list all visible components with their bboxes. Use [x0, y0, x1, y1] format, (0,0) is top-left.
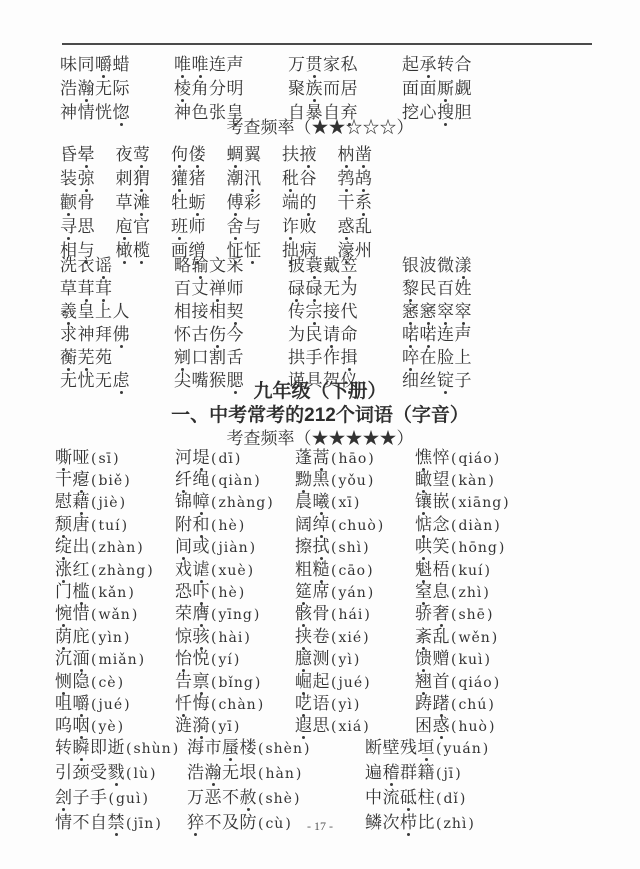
word-entry: 起承转合 — [402, 50, 516, 75]
emphasized-char: 躇 — [433, 689, 451, 714]
emphasized-char: 枘 — [338, 140, 356, 165]
word-row: 惋惜wǎn荣膺yīng骸骨hái骄奢shē — [55, 601, 535, 623]
page-number: - 17 - — [0, 818, 640, 834]
char: 牡 — [171, 188, 189, 213]
char: 求 — [60, 320, 78, 345]
emphasized-char: 间 — [175, 532, 193, 557]
char: 波 — [420, 251, 438, 276]
emphasized-char: 弶 — [78, 164, 96, 189]
emphasized-char: 茸 — [78, 274, 96, 299]
char: 洗 — [60, 251, 78, 276]
char: 扶 — [282, 140, 300, 165]
emphasized-char: 湎 — [73, 644, 91, 669]
emphasized-char: 戮 — [108, 758, 126, 783]
word-entry: 羲皇上人 — [60, 297, 174, 322]
word-entry: 装弶 — [60, 164, 116, 189]
char: 望 — [433, 465, 451, 490]
emphasized-char: 蛎 — [189, 188, 207, 213]
emphasized-char: 寻 — [60, 212, 78, 237]
word-entry: 遍稽群籍jī — [365, 758, 462, 783]
char: 或 — [193, 532, 211, 557]
emphasized-char: 窸 — [420, 297, 438, 322]
emphasized-char: 颧 — [60, 188, 78, 213]
char: 皇 — [78, 297, 96, 322]
word-entry: 味同嚼蜡 — [60, 50, 174, 75]
word-entry: 颧骨 — [60, 188, 116, 213]
word-entry: 夜莺 — [116, 140, 172, 165]
word-row: 蘅芜苑剜口割舌拱手作揖啐在脸上 — [60, 344, 516, 367]
char: 民 — [306, 320, 324, 345]
emphasized-char: 的 — [300, 188, 318, 213]
char: 觑 — [455, 74, 473, 99]
char: 垠 — [240, 758, 258, 783]
char: 红 — [73, 555, 91, 580]
emphasized-char: 吓 — [193, 577, 211, 602]
emphasized-char: 茸 — [95, 274, 113, 299]
emphasized-char: 窒 — [415, 577, 433, 602]
word-entry: 求神拜佛 — [60, 320, 174, 345]
word-entry: 蓬蒿hāo — [295, 443, 415, 468]
word-entry: 诈败 — [282, 212, 338, 237]
emphasized-char: 砥 — [400, 783, 418, 808]
word-entry: 戏谑xuè — [175, 555, 295, 580]
char: 丈 — [192, 274, 210, 299]
emphasized-char: 剜 — [174, 343, 192, 368]
emphasized-char: 喏 — [420, 320, 438, 345]
word-row: 绽出zhàn间或jiàn擦拭shì哄笑hōng — [55, 534, 535, 556]
char: 端 — [282, 188, 300, 213]
char: 而 — [323, 74, 341, 99]
word-entry: 窸窸窣窣 — [402, 297, 516, 322]
char: 笑 — [433, 532, 451, 557]
char: 粗 — [295, 555, 313, 580]
idiom-list-previous-group: 味同嚼蜡唯唯连声万贯家私起承转合浩瀚无际棱角分明聚族而居面面厮觑神情恍惚神色张皇… — [60, 50, 516, 122]
word-entry: 啐在脸上 — [402, 343, 516, 368]
emphasized-char: 嘶 — [55, 443, 73, 468]
word-row: 干瘪biě纤绳qiàn黝黑yǒu瞰望kàn — [55, 466, 535, 488]
section-title: 一、中考常考的212个词语（字音） — [0, 404, 640, 428]
char: 子 — [73, 783, 91, 808]
word-entry: 面面厮觑 — [402, 74, 516, 99]
char: 百 — [437, 274, 455, 299]
word-row: 门槛kǎn恐吓hè筵席yán窒息zhì — [55, 578, 535, 600]
emphasized-char: 哄 — [415, 532, 433, 557]
emphasized-char: 藉 — [73, 487, 91, 512]
emphasized-char: 族 — [306, 74, 324, 99]
word-row: 浩瀚无际棱角分明聚族而居面面厮觑 — [60, 74, 516, 98]
char: 彩 — [244, 188, 262, 213]
char: 咀 — [55, 689, 73, 714]
char: 家 — [323, 50, 341, 75]
word-entry: 蘅芜苑 — [60, 343, 174, 368]
emphasized-char: 偻 — [189, 140, 207, 165]
word-entry: 为民请命 — [288, 320, 402, 345]
word-entry: 恻隐cè — [55, 667, 175, 692]
char: 出 — [73, 532, 91, 557]
word-row: 涨红zhàng戏谑xuè粗糙cāo魁梧kuí — [55, 556, 535, 578]
char: 颈 — [73, 758, 91, 783]
word-entry: 怡悦yí — [175, 644, 295, 669]
char: 同 — [78, 50, 96, 75]
emphasized-char: 贯 — [306, 50, 324, 75]
emphasized-char: 怡 — [175, 644, 193, 669]
char: 草 — [116, 188, 134, 213]
pinyin-annotation: hàn — [258, 766, 302, 782]
emphasized-char: 诈 — [282, 212, 300, 237]
word-row: 荫庇yìn惊骇hài挟卷xié紊乱wěn — [55, 623, 535, 645]
word-entry: 草茸茸 — [60, 274, 174, 299]
word-entry: 颓唐tuí — [55, 510, 175, 535]
word-entry: 万恶不赦shè — [187, 783, 365, 808]
word-entry: 恐吓hè — [175, 577, 295, 602]
char: 聚 — [288, 74, 306, 99]
word-entry: 万贯家私 — [288, 50, 402, 75]
char: 悴 — [433, 443, 451, 468]
word-entry: 鹁鸪 — [338, 164, 394, 189]
char: 官 — [133, 212, 151, 237]
char: 河 — [175, 443, 193, 468]
emphasized-char: 幛 — [193, 487, 211, 512]
word-entry: 佝偻 — [171, 140, 227, 165]
pinyin-annotation: guì — [109, 791, 149, 807]
emphasized-char: 鹁 — [338, 164, 356, 189]
char: 传 — [288, 297, 306, 322]
char: 惜 — [73, 599, 91, 624]
char: 柱 — [418, 783, 436, 808]
pinyin-annotation: yuán — [436, 741, 489, 757]
char: 断 — [365, 733, 383, 758]
word-entry: 披蓑戴笠 — [288, 251, 402, 276]
emphasized-char: 恻 — [55, 667, 73, 692]
frequency-line-two-stars: 考查频率（★★☆☆☆） — [0, 116, 640, 140]
char: 黑 — [313, 465, 331, 490]
word-row: 味同嚼蜡唯唯连声万贯家私起承转合 — [60, 50, 516, 74]
word-entry: 惑乱 — [338, 212, 394, 237]
word-entry: 纤绳qiàn — [175, 465, 295, 490]
char: 首 — [433, 667, 451, 692]
emphasized-char: 系 — [355, 188, 373, 213]
emphasized-char: 莺 — [133, 140, 151, 165]
emphasized-char: 宗 — [306, 297, 324, 322]
emphasized-char: 碌 — [306, 274, 324, 299]
char: 思 — [78, 212, 96, 237]
char: 合 — [455, 50, 473, 75]
char: 代 — [341, 297, 359, 322]
emphasized-char: 瀚 — [78, 74, 96, 99]
char: 转 — [437, 50, 455, 75]
char: 无 — [222, 758, 240, 783]
emphasized-char: 蜩 — [227, 140, 245, 165]
char: 乱 — [355, 212, 373, 237]
word-entry: 挟卷xié — [295, 622, 415, 647]
char: 起 — [313, 667, 331, 692]
emphasized-char: 刽 — [55, 783, 73, 808]
emphasized-char: 碌 — [288, 274, 306, 299]
char: 古 — [192, 320, 210, 345]
word-entry: 枘凿 — [338, 140, 394, 165]
char: 乱 — [433, 622, 451, 647]
emphasized-char: 舍 — [227, 212, 245, 237]
char: 赠 — [433, 644, 451, 669]
word-entry: 喏喏连声 — [402, 320, 516, 345]
char: 脸 — [437, 343, 455, 368]
word-entry: 黝黑yǒu — [295, 465, 415, 490]
word-entry: 憔悴qiáo — [415, 443, 535, 468]
char: 受 — [90, 758, 108, 783]
emphasized-char: 赦 — [240, 783, 258, 808]
char: 声 — [227, 50, 245, 75]
char: 采 — [227, 251, 245, 276]
char: 骨 — [78, 188, 96, 213]
emphasized-char: 惦 — [415, 510, 433, 535]
word-entry: 刺猬 — [116, 164, 172, 189]
char: 蜡 — [113, 50, 131, 75]
char: 百 — [174, 274, 192, 299]
char: 声 — [455, 320, 473, 345]
word-entry: 傅彩 — [227, 188, 283, 213]
char: 与 — [244, 212, 262, 237]
emphasized-char: 稽 — [383, 758, 401, 783]
char: 际 — [113, 74, 131, 99]
emphasized-char: 窸 — [402, 297, 420, 322]
word-entry: 相接相契 — [174, 297, 288, 322]
char: 手 — [90, 783, 108, 808]
char: 骄 — [415, 599, 433, 624]
word-entry: 惊骇hài — [175, 622, 295, 647]
emphasized-char: 涨 — [55, 555, 73, 580]
emphasized-char: 瀚 — [205, 758, 223, 783]
char: 逝 — [108, 733, 126, 758]
word-entry: 咀嚼jué — [55, 689, 175, 714]
char: 楼 — [240, 733, 258, 758]
char: 人 — [113, 297, 131, 322]
char: 草 — [60, 274, 78, 299]
pinyin-annotation: shùn — [126, 741, 179, 757]
word-row: 慰藉jiè锦幛zhàng晨曦xī镶嵌xiāng — [55, 489, 535, 511]
word-entry: 草滩 — [116, 188, 172, 213]
emphasized-char: 喏 — [402, 320, 420, 345]
word-entry: 嘶哑sī — [55, 443, 175, 468]
char: 踌 — [415, 689, 433, 714]
word-entry: 涨红zhàng — [55, 555, 175, 580]
char: 无 — [323, 274, 341, 299]
char: 测 — [313, 644, 331, 669]
char: 擦 — [295, 532, 313, 557]
word-row: 求神拜佛怀古伤今为民请命喏喏连声 — [60, 321, 516, 344]
word-entry: 阔绰chuò — [295, 510, 415, 535]
char: 息 — [433, 577, 451, 602]
char: 梧 — [433, 555, 451, 580]
word-entry: 转瞬即逝shùn — [55, 733, 187, 758]
char: 阔 — [295, 510, 313, 535]
word-row: 颓唐tuí附和hè阔绰chuò惦念diàn — [55, 511, 535, 533]
char: 舌 — [227, 343, 245, 368]
emphasized-char: 佛 — [113, 320, 131, 345]
char: 姓 — [455, 274, 473, 299]
word-entry: 浩瀚无际 — [60, 74, 174, 99]
char: 上 — [95, 297, 113, 322]
word-entry: 惦念diàn — [415, 510, 535, 535]
char: 戴 — [323, 251, 341, 276]
char: 在 — [420, 343, 438, 368]
char: 刺 — [116, 164, 134, 189]
word-entry: 荫庇yìn — [55, 622, 175, 647]
char: 壁 — [383, 733, 401, 758]
char: 恶 — [205, 783, 223, 808]
word-entry: 锦幛zhàng — [175, 487, 295, 512]
word-entry: 惋惜wǎn — [55, 599, 175, 624]
char: 拜 — [95, 320, 113, 345]
word-entry: 蜩翼 — [227, 140, 283, 165]
emphasized-char: 嚼 — [73, 689, 91, 714]
emphasized-char: 棱 — [174, 74, 192, 99]
char: 拱 — [288, 343, 306, 368]
char: 披 — [288, 251, 306, 276]
word-row: 装弶刺猬獾猪潮汛秕谷鹁鸪 — [60, 164, 393, 188]
char: 师 — [189, 212, 207, 237]
char: 猪 — [189, 164, 207, 189]
word-entry: 班师 — [171, 212, 227, 237]
char: 流 — [383, 783, 401, 808]
emphasized-char: 契 — [227, 297, 245, 322]
emphasized-char: 伤 — [209, 320, 227, 345]
char: 翼 — [244, 140, 262, 165]
word-row: 咀嚼jué忏悔chàn呓语yì踌躇chú — [55, 690, 535, 712]
word-entry: 沉湎miǎn — [55, 644, 175, 669]
char: 群 — [400, 758, 418, 783]
emphasized-char: 蓑 — [306, 251, 324, 276]
word-entry: 窒息zhì — [415, 577, 535, 602]
char: 谷 — [300, 164, 318, 189]
word-entry: 庖官 — [116, 212, 172, 237]
char: 面 — [420, 74, 438, 99]
emphasized-char: 佝 — [171, 140, 189, 165]
emphasized-char: 崛 — [295, 667, 313, 692]
emphasized-char: 秕 — [282, 164, 300, 189]
emphasized-char: 嚼 — [95, 50, 113, 75]
emphasized-char: 绰 — [313, 510, 331, 535]
emphasized-char: 黝 — [295, 465, 313, 490]
emphasized-char: 黎 — [402, 274, 420, 299]
emphasized-char: 魁 — [415, 555, 433, 580]
char: 民 — [420, 274, 438, 299]
emphasized-char: 堤 — [193, 443, 211, 468]
char: 微 — [437, 251, 455, 276]
char: 装 — [60, 164, 78, 189]
char: 为 — [341, 274, 359, 299]
emphasized-char: 瞬 — [73, 733, 91, 758]
emphasized-char: 臆 — [295, 644, 313, 669]
emphasized-char: 笠 — [341, 251, 359, 276]
word-row: 刽子手guì万恶不赦shè中流砥柱dǐ — [55, 783, 489, 808]
char: 引 — [55, 758, 73, 783]
word-entry: 河堤dī — [175, 443, 295, 468]
emphasized-char: 獾 — [171, 164, 189, 189]
emphasized-char: 绽 — [55, 532, 73, 557]
char: 戏 — [175, 555, 193, 580]
word-entry: 绽出zhàn — [55, 532, 175, 557]
char: 苑 — [95, 343, 113, 368]
char: 隐 — [73, 667, 91, 692]
word-entry: 干瘪biě — [55, 465, 175, 490]
char: 市 — [205, 733, 223, 758]
char: 悔 — [193, 689, 211, 714]
word-entry: 干系 — [338, 188, 394, 213]
emphasized-char: 奢 — [433, 599, 451, 624]
word-entry: 聚族而居 — [288, 74, 402, 99]
emphasized-char: 荫 — [55, 622, 73, 647]
word-row: 转瞬即逝shùn海市蜃楼shèn断壁残垣yuán — [55, 733, 489, 758]
word-entry: 忏悔chàn — [175, 689, 295, 714]
word-entry: 棱角分明 — [174, 74, 288, 99]
pinyin-annotation: shè — [258, 791, 300, 807]
char: 连 — [209, 50, 227, 75]
char: 浩 — [60, 74, 78, 99]
char: 师 — [227, 274, 245, 299]
char: 转 — [55, 733, 73, 758]
word-entry: 臆测yì — [295, 644, 415, 669]
char: 夜 — [116, 140, 134, 165]
word-entry: 黎民百姓 — [402, 274, 516, 299]
char: 银 — [402, 251, 420, 276]
char: 海 — [187, 733, 205, 758]
word-entry: 中流砥柱dǐ — [365, 783, 466, 808]
word-entry: 银波微漾 — [402, 251, 516, 276]
phrase-word-list: 洗衣谣略输文采披蓑戴笠银波微漾草茸茸百丈禅师碌碌无为黎民百姓羲皇上人相接相契传宗… — [60, 252, 516, 390]
char: 唐 — [73, 510, 91, 535]
char: 干 — [55, 465, 73, 490]
word-entry: 怀古伤今 — [174, 320, 288, 345]
word-entry: 踌躇chú — [415, 689, 535, 714]
emphasized-char: 呓 — [295, 689, 313, 714]
char: 接 — [323, 297, 341, 322]
emphasized-char: 揖 — [341, 343, 359, 368]
emphasized-char: 啐 — [402, 343, 420, 368]
word-entry: 崛起jué — [295, 667, 415, 692]
emphasized-char: 请 — [323, 320, 341, 345]
word-entry: 引颈受戮lù — [55, 758, 187, 783]
char: 荣 — [175, 599, 193, 624]
char: 念 — [433, 510, 451, 535]
word-entry: 洗衣谣 — [60, 251, 174, 276]
emphasized-char: 骇 — [193, 622, 211, 647]
char: 角 — [192, 74, 210, 99]
char: 附 — [175, 510, 193, 535]
emphasized-char: 筵 — [295, 577, 313, 602]
word-entry: 断壁残垣yuán — [365, 733, 489, 758]
char: 败 — [300, 212, 318, 237]
char: 味 — [60, 50, 78, 75]
word-entry: 拱手作揖 — [288, 343, 402, 368]
char: 晨 — [295, 487, 313, 512]
emphasized-char: 谑 — [193, 555, 211, 580]
emphasized-char: 瘪 — [73, 465, 91, 490]
char: 相 — [209, 297, 227, 322]
word-entry: 间或jiàn — [175, 532, 295, 557]
word-entry: 慰藉jiè — [55, 487, 175, 512]
char: 割 — [209, 343, 227, 368]
word-entry: 海市蜃楼shèn — [187, 733, 365, 758]
char: 手 — [306, 343, 324, 368]
word-row: 羲皇上人相接相契传宗接代窸窸窣窣 — [60, 298, 516, 321]
pinyin-annotation: jī — [436, 766, 462, 782]
emphasized-char: 糙 — [313, 555, 331, 580]
word-entry: 略输文采 — [174, 251, 288, 276]
char: 万 — [288, 50, 306, 75]
word-entry: 剜口割舌 — [174, 343, 288, 368]
char: 分 — [209, 74, 227, 99]
char: 中 — [365, 783, 383, 808]
